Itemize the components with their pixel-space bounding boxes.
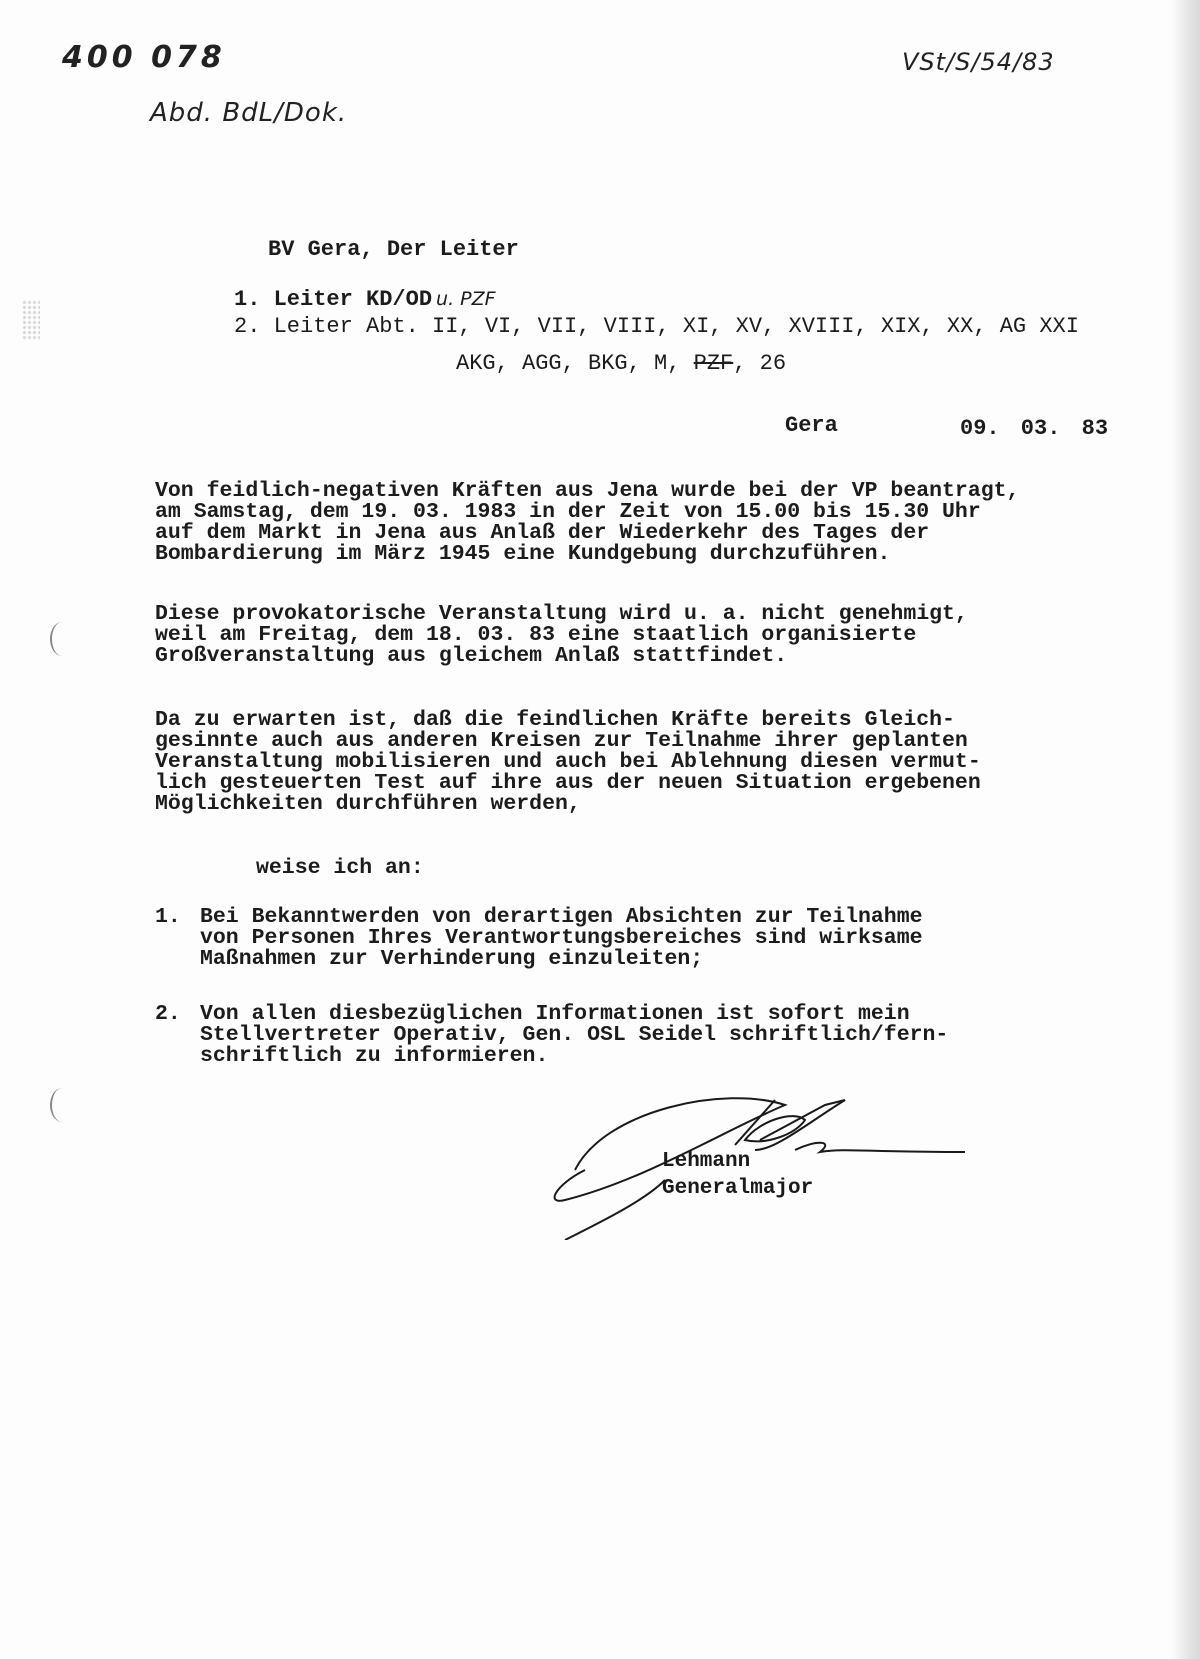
text-line: Diese provokatorische Veranstaltung wird… xyxy=(155,604,968,625)
scan-edge-shadow xyxy=(1172,0,1200,1659)
instruction-line: weise ich an: xyxy=(256,856,424,880)
text-line: schriftlich zu informieren. xyxy=(200,1046,948,1067)
recipient-1-handwritten: u. PZF xyxy=(436,288,496,310)
paragraph-2: Diese provokatorische Veranstaltung wird… xyxy=(155,604,968,667)
text-line: von Personen Ihres Verantwortungsbereich… xyxy=(200,928,923,949)
scan-speckle xyxy=(22,300,40,340)
paragraph-1: Von feidlich-negativen Kräften aus Jena … xyxy=(155,481,1019,565)
item-number: 2. xyxy=(155,1004,181,1025)
sender-line: BV Gera, Der Leiter xyxy=(268,239,519,261)
text-line: Da zu erwarten ist, daß die feindlichen … xyxy=(155,710,981,731)
text-line: Maßnahmen zur Verhinderung einzuleiten; xyxy=(200,949,923,970)
text-line: Großveranstaltung aus gleichem Anlaß sta… xyxy=(155,646,968,667)
recipient-list-part: , 26 xyxy=(733,351,786,376)
text-line: auf dem Markt in Jena aus Anlaß der Wied… xyxy=(155,523,1019,544)
signatory-rank: Generalmajor xyxy=(662,1177,813,1200)
recipient-1: 1. Leiter KD/ODu. PZF xyxy=(234,288,496,311)
recipient-1-text: 1. Leiter KD/OD xyxy=(234,287,432,312)
handwritten-signature xyxy=(545,1090,965,1240)
text-line: Bombardierung im März 1945 eine Kundgebu… xyxy=(155,544,1019,565)
text-line: Von allen diesbezüglichen Informationen … xyxy=(200,1004,948,1025)
text-line: Bei Bekanntwerden von derartigen Absicht… xyxy=(200,907,923,928)
item-number: 1. xyxy=(155,907,181,928)
reference-number: VSt/S/54/83 xyxy=(902,48,1055,76)
text-line: Von feidlich-negativen Kräften aus Jena … xyxy=(155,481,1019,502)
punch-hole-mark xyxy=(50,1088,74,1122)
text-line: Veranstaltung mobilisieren und auch bei … xyxy=(155,752,981,773)
text-line: lich gesteuerten Test auf ihre aus der n… xyxy=(155,773,981,794)
document-page: 400 078 Abd. BdL/Dok. VSt/S/54/83 BV Ger… xyxy=(0,0,1200,1659)
punch-hole-mark xyxy=(50,622,74,656)
text-line: weil am Freitag, dem 18. 03. 83 eine sta… xyxy=(155,625,968,646)
recipient-list-part: AKG, AGG, BKG, M, xyxy=(456,351,694,376)
text-line: am Samstag, dem 19. 03. 1983 in der Zeit… xyxy=(155,502,1019,523)
struck-out-recipient: PZF xyxy=(694,351,734,376)
archive-number: 400 078 xyxy=(62,40,226,75)
department-note: Abd. BdL/Dok. xyxy=(150,98,347,128)
signatory-name: Lehmann xyxy=(662,1150,750,1173)
text-line: Möglichkeiten durchführen werden, xyxy=(155,794,981,815)
place: Gera xyxy=(785,415,838,437)
recipient-2: 2. Leiter Abt. II, VI, VII, VIII, XI, XV… xyxy=(234,316,1079,338)
text-line: gesinnte auch aus anderen Kreisen zur Te… xyxy=(155,731,981,752)
recipient-2-continued: AKG, AGG, BKG, M, PZF, 26 xyxy=(456,353,786,375)
text-line: Stellvertreter Operativ, Gen. OSL Seidel… xyxy=(200,1025,948,1046)
paragraph-3: Da zu erwarten ist, daß die feindlichen … xyxy=(155,710,981,815)
date: 09. 03. 83 xyxy=(960,418,1108,440)
